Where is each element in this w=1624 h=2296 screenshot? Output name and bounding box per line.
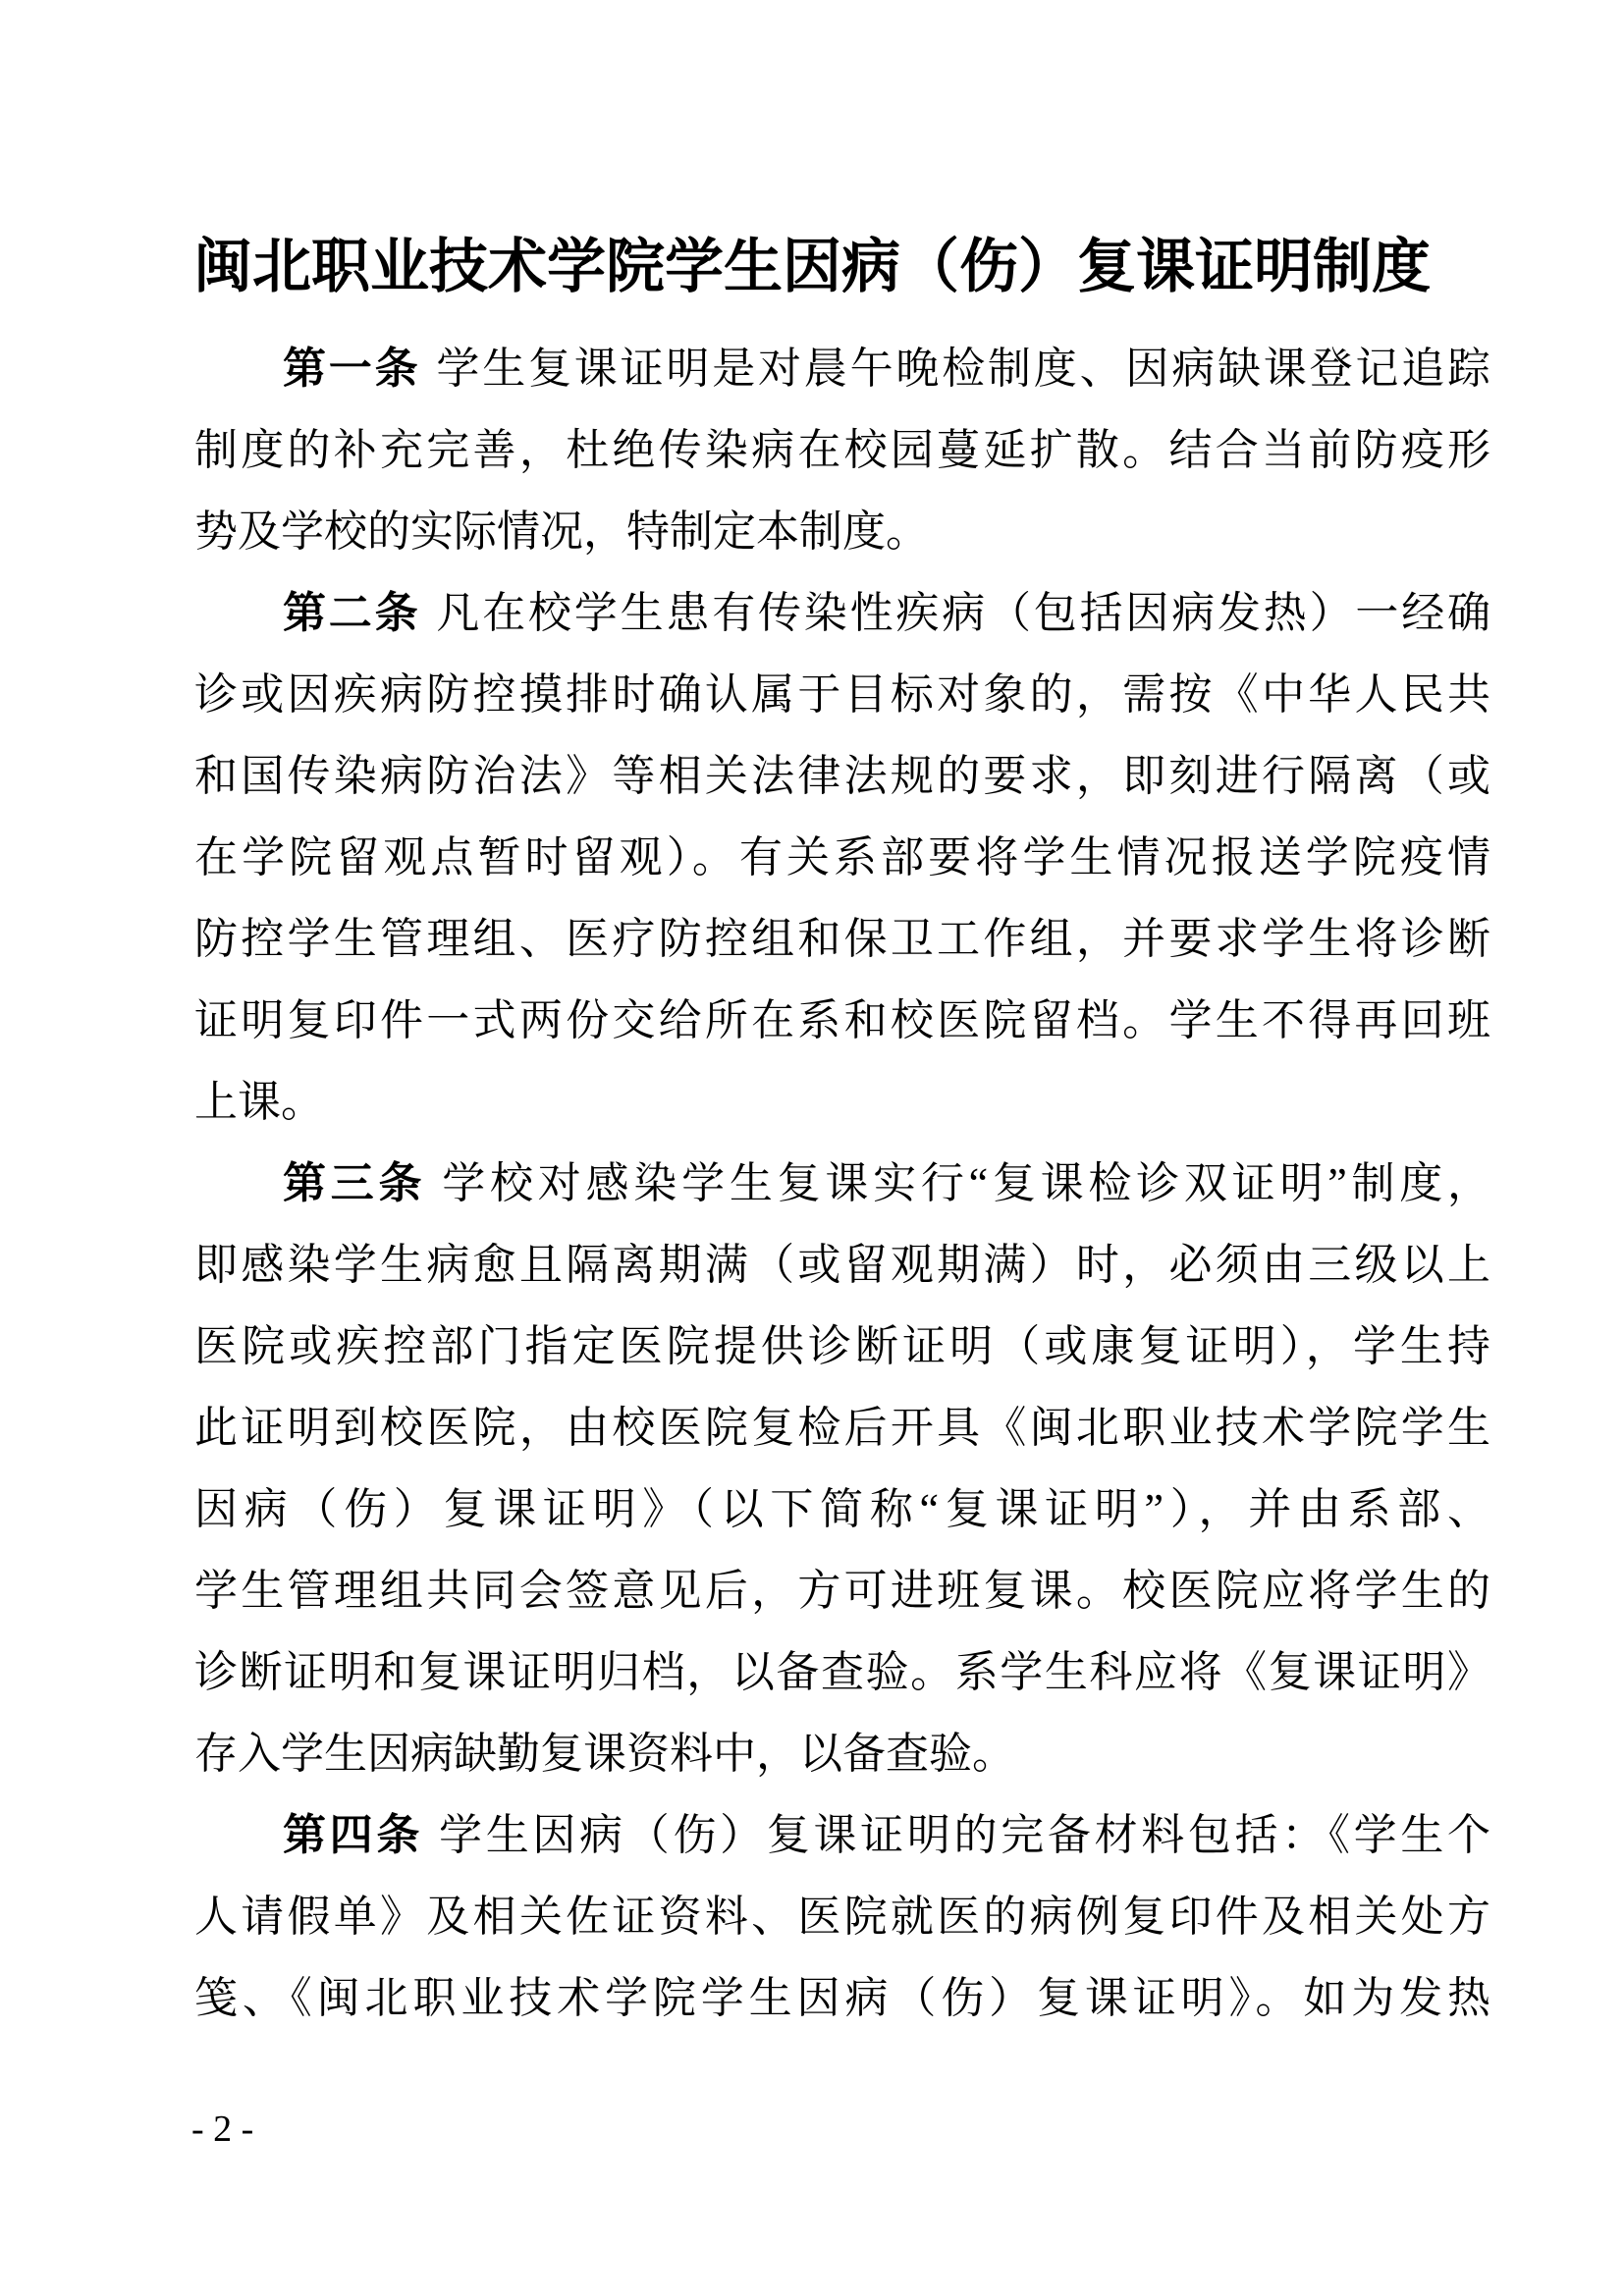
line-text: 学生复课证明是对晨午晚检制度、因病缺课登记追踪 [436, 345, 1490, 393]
body-line: 第四条学生因病（伤）复课证明的完备材料包括：《学生个 [194, 1794, 1490, 1876]
article-label: 第三条 [283, 1159, 426, 1207]
body-line: 存入学生因病缺勤复课资料中，以备查验。 [194, 1713, 1490, 1794]
body-line: 此证明到校医院，由校医院复检后开具《闽北职业技术学院学生 [194, 1387, 1490, 1468]
body-line: 诊或因疾病防控摸排时确认属于目标对象的，需按《中华人民共 [194, 654, 1490, 735]
body-line: 学生管理组共同会签意见后，方可进班复课。校医院应将学生的 [194, 1550, 1490, 1631]
body-line: 第二条凡在校学生患有传染性疾病（包括因病发热）一经确 [194, 572, 1490, 654]
body-line: 证明复印件一式两份交给所在系和校医院留档。学生不得再回班 [194, 980, 1490, 1061]
line-text: 凡在校学生患有传染性疾病（包括因病发热）一经确 [436, 589, 1490, 637]
document-body: 第一条学生复课证明是对晨午晚检制度、因病缺课登记追踪制度的补充完善，杜绝传染病在… [194, 328, 1490, 2039]
line-text: 学生因病（伤）复课证明的完备材料包括：《学生个 [439, 1811, 1490, 1859]
body-line: 即感染学生病愈且隔离期满（或留观期满）时，必须由三级以上 [194, 1224, 1490, 1306]
body-line: 诊断证明和复课证明归档，以备查验。系学生科应将《复课证明》 [194, 1631, 1490, 1713]
body-line: 人请假单》及相关佐证资料、医院就医的病例复印件及相关处方 [194, 1876, 1490, 1957]
body-line: 医院或疾控部门指定医院提供诊断证明（或康复证明），学生持 [194, 1306, 1490, 1387]
body-line: 和国传染病防治法》等相关法律法规的要求，即刻进行隔离（或 [194, 735, 1490, 817]
body-line: 第三条学校对感染学生复课实行“复课检诊双证明”制度， [194, 1143, 1490, 1224]
body-line: 第一条学生复课证明是对晨午晚检制度、因病缺课登记追踪 [194, 328, 1490, 409]
body-line: 在学院留观点暂时留观）。有关系部要将学生情况报送学院疫情 [194, 817, 1490, 898]
body-line: 防控学生管理组、医疗防控组和保卫工作组，并要求学生将诊断 [194, 898, 1490, 980]
page-number: - 2 - [191, 2108, 253, 2151]
body-line: 上课。 [194, 1061, 1490, 1143]
document-page: 闽北职业技术学院学生因病（伤）复课证明制度 第一条学生复课证明是对晨午晚检制度、… [0, 0, 1624, 2296]
body-line: 因病（伤）复课证明》（以下简称“复课证明”），并由系部、 [194, 1468, 1490, 1550]
body-line: 制度的补充完善，杜绝传染病在校园蔓延扩散。结合当前防疫形 [194, 409, 1490, 491]
article-label: 第一条 [283, 345, 420, 393]
article-label: 第四条 [283, 1811, 423, 1859]
article-label: 第二条 [283, 589, 420, 637]
body-line: 笺、《闽北职业技术学院学生因病（伤）复课证明》。如为发热 [194, 1957, 1490, 2039]
body-line: 势及学校的实际情况，特制定本制度。 [194, 491, 1490, 572]
line-text: 学校对感染学生复课实行“复课检诊双证明”制度， [442, 1159, 1490, 1207]
document-title: 闽北职业技术学院学生因病（伤）复课证明制度 [0, 232, 1624, 302]
